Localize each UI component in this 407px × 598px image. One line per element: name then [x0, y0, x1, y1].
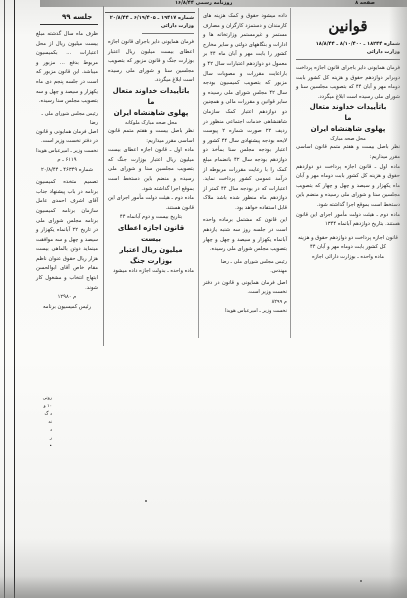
law-title-line-1: قانون اجازه اعطای بیست [108, 223, 194, 245]
gazette-date-label: روزنامه رسمی ۱۶/۸/۴۴ [175, 0, 232, 6]
law-closing: این قانون که مشتمل برماده واحده است در ج… [203, 216, 287, 254]
scan-shadow-bottom [0, 576, 407, 598]
pm-signature: نخست وزیر ـ امیرعباس هویدا [36, 147, 98, 156]
reference-number: ۶۱۱۹ ـ م [36, 156, 98, 166]
law-title-line-3: بوزارت جنگ [108, 256, 194, 267]
session-underline [40, 24, 98, 25]
session-label: جلسه ۹۹ [62, 13, 92, 21]
speaker-signature: رئیس مجلس شورای ملی ـ رضا [36, 110, 98, 128]
column-laws-3: شماره ۱۹۴۱۷ ـ ۶/۱۹/۴۰۵ ـ ۲۰/۸/۴۴ وزارت د… [108, 14, 194, 277]
law-title-line-2: میلیون ریال اعتبار [108, 245, 194, 256]
article-2: ماده دوم ـ هیئت دولت مأمور اجرای این قان… [108, 194, 194, 213]
law-article: ماده واحده ـ بوزارت دارائی اجازه [296, 253, 400, 263]
decree-number: شماره ۱۸۲۴۴ ـ ۸/۱۰/۴۰۰ ـ ۱۸/۸/۴۴ [296, 40, 400, 48]
margin-notes: رونی ۱۰ و د گ نه د ر • [38, 395, 52, 451]
scan-shadow-right [389, 0, 407, 598]
scan-speck [145, 500, 147, 502]
binding-rule-inner [14, 0, 15, 598]
decree-number: شماره ۱۹۴۱۷ ـ ۶/۱۹/۴۰۵ ـ ۲۰/۸/۴۴ [108, 14, 194, 22]
royal-we: ما [108, 97, 194, 108]
law-title: قانون اجازه پرداخت دو دوازدهم حقوق و هزی… [296, 234, 400, 253]
column-laws-1: قوانین شماره ۱۸۲۴۴ ـ ۸/۱۰/۴۰۰ ـ ۱۸/۸/۴۴ … [296, 14, 400, 263]
margin-note: د [38, 427, 52, 435]
committee-notice: تصمیم متخذه کمیسیون برنامه در باب پیشنها… [36, 178, 98, 293]
decree-body-intro: نظر باصل بیست و هفتم متمم قانون اساسی مق… [296, 143, 400, 162]
column-laws-2: داده میشود حقوق و کمک هزینه های کارمندان… [203, 12, 287, 316]
registry-note: اصل فرمان همایونی و قانون در دفتر نخست و… [36, 128, 98, 147]
margin-note: رونی [38, 395, 52, 403]
royal-invocation: باتأییدات خداوند متعال [296, 102, 400, 113]
decree-intro: فرمان همایونی دایر باجرای قانون اجازه پر… [296, 64, 400, 102]
binding-rule-outer [4, 0, 5, 598]
article-2: ماده دوم ـ هیئت دولت مأمور اجرای این قان… [296, 211, 400, 230]
margin-note: د گ [38, 411, 52, 419]
speaker-signature: رئیس مجلس شورای ملی ـ رضا مهندس. [203, 258, 287, 276]
column-top-rule [105, 12, 195, 13]
margin-note: ر [38, 435, 52, 443]
divider [296, 59, 400, 60]
royal-seal-note: محل صحه مبارک ملوکانه [108, 119, 194, 127]
royal-title: پهلوی شاهنشاه ایران [296, 124, 400, 135]
decree-date: بتاریخ بیست و دوم آبانماه ۴۴ [108, 213, 194, 223]
pm-signature: نخست وزیر ـ امیرعباس هویدا [203, 307, 287, 316]
column-divider [198, 8, 199, 338]
column-divider [290, 8, 291, 338]
decree-body-intro: نظر باصل بیست و هفتم متمم قانون اساسی مق… [108, 127, 194, 146]
law-article: ماده واحده ـ بدولت اجازه داده میشود [108, 267, 194, 277]
article-1: ماده اول ـ قانون اجازه اعطای بیست میلیون… [108, 146, 194, 194]
reference-number: شماره ۴۶۳۴۹ ـ ۲۰/۸/۴۴ [36, 166, 98, 176]
royal-seal-note: محل صحه مبارک [296, 135, 400, 143]
royal-we: ما [296, 113, 400, 124]
notice-reference: م ۱۲۹۸۰ [36, 293, 98, 303]
section-title: قوانین [296, 16, 400, 36]
registry-note: اصل فرمان همایونی و قانون در دفتر نخست و… [203, 279, 287, 298]
decree-intro: فرمان همایونی دایر باجرای قانون اجازه اع… [108, 38, 194, 86]
document-page: صفحه ۸ روزنامه رسمی ۱۶/۸/۴۴ جلسه ۹۹ قوان… [0, 0, 407, 598]
law-body: داده میشود حقوق و کمک هزینه های کارمندان… [203, 12, 287, 213]
ministry-name: وزارت دارائی [108, 22, 194, 30]
ministry-name: وزارت دارائی [296, 48, 400, 56]
royal-title: پهلوی شاهنشاه ایران [108, 108, 194, 119]
margin-note: ۱۰ و [38, 403, 52, 411]
divider [142, 33, 194, 34]
column-divider [103, 6, 104, 346]
registry-number: م ۸۲۹۹ [203, 298, 287, 307]
margin-note: نه [38, 419, 52, 427]
royal-invocation: باتأییدات خداوند متعال [108, 86, 194, 97]
article-1: ماده اول ـ قانون اجازه پرداخت دو دوازدهم… [296, 163, 400, 211]
column-laws-4: ظرف ماه سال گذشته مبلغ بیست میلیون ریال … [36, 30, 98, 312]
page-number-label: صفحه ۸ [355, 0, 375, 6]
margin-note: • [38, 443, 52, 451]
law-body: ظرف ماه سال گذشته مبلغ بیست میلیون ریال … [36, 30, 98, 107]
notice-signature: رئیس کمیسیون برنامه [36, 303, 98, 313]
